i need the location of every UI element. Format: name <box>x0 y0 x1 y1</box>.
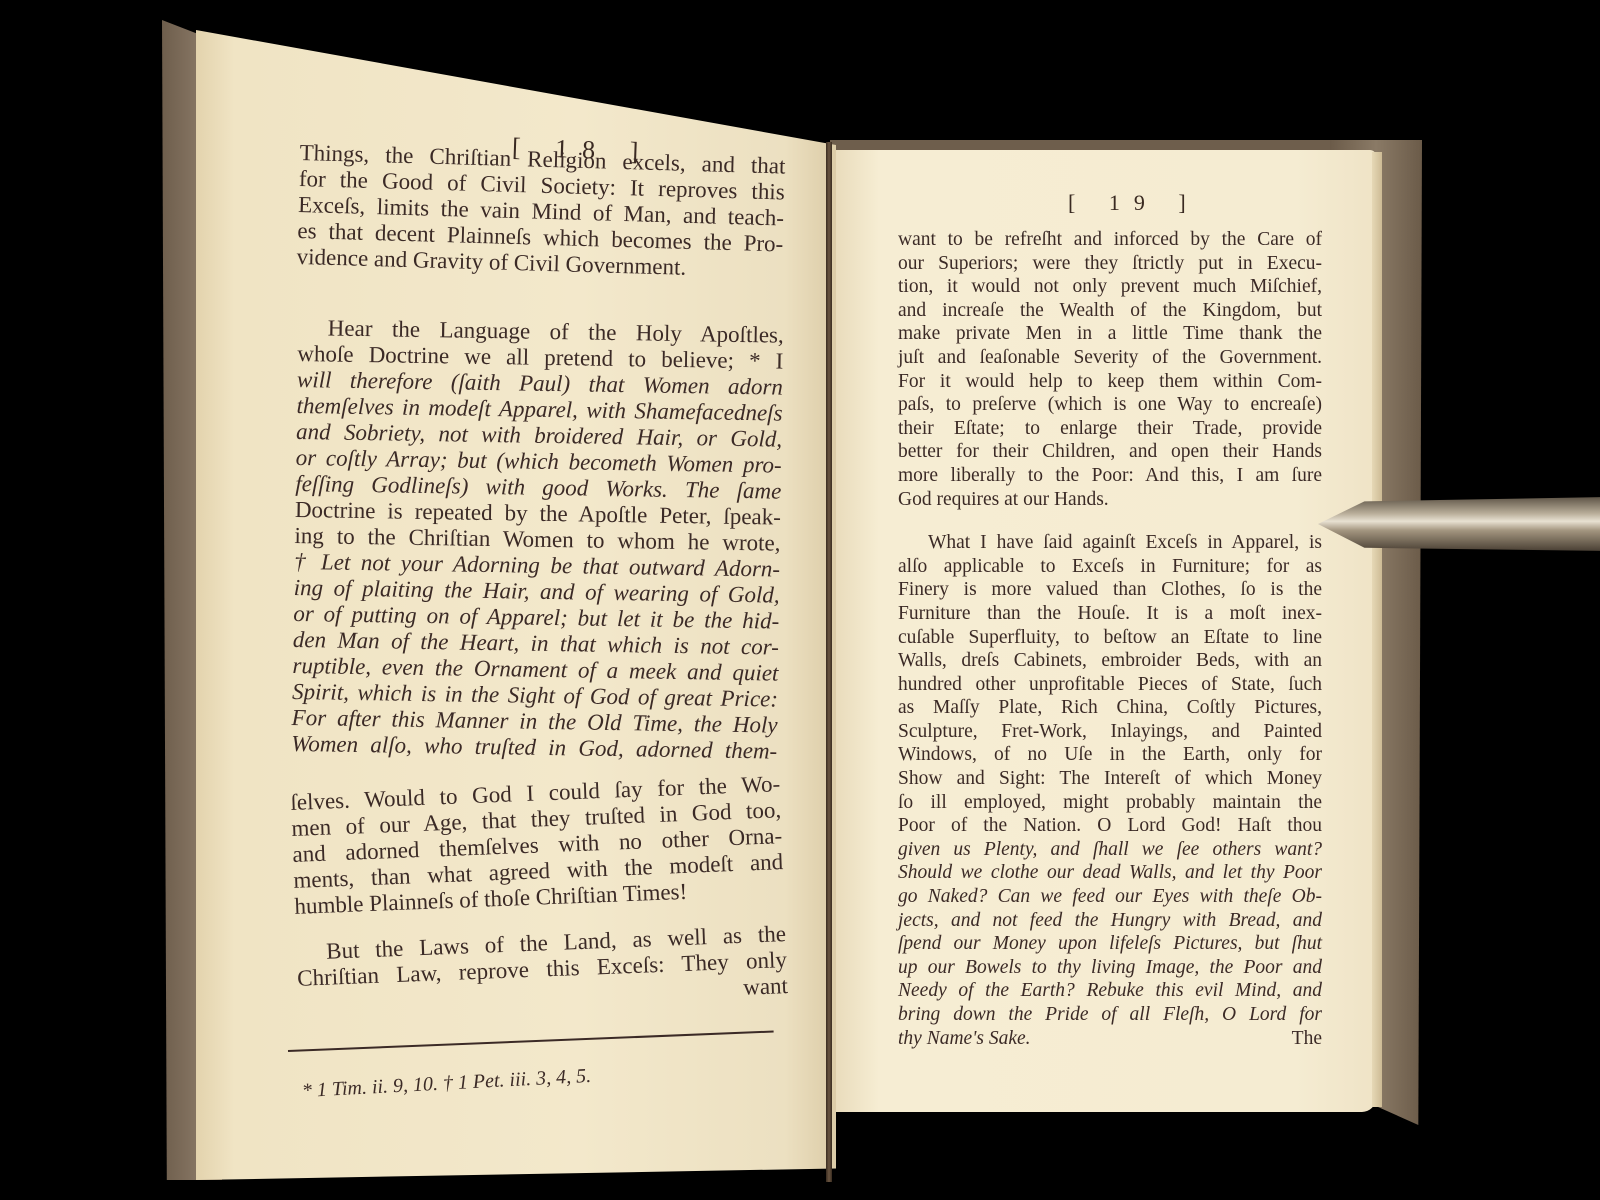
text-line: For it would help to keep them within Co… <box>898 370 1322 394</box>
left-page-text-3: ſelves. Would to God I could ſay for the… <box>290 771 788 1018</box>
text-line: want to be refreſht and inforced by the … <box>898 228 1322 252</box>
text-line: Finery is more valued than Clothes, ſo i… <box>898 578 1322 602</box>
text-line: Needy of the Earth? Rebuke this evil Min… <box>898 979 1322 1003</box>
text-line: given us Plenty, and ſhall we ſee others… <box>898 838 1322 862</box>
text-line: our Superiors; were they ſtrictly put in… <box>898 252 1322 276</box>
text-line: Windows, of no Uſe in the Earth, only fo… <box>898 743 1322 767</box>
right-page-edge <box>1372 152 1382 1107</box>
text-line: Furniture than the Houſe. It is a moſt i… <box>898 602 1322 626</box>
text-line: ſpend our Money upon lifeleſs Pictures, … <box>898 932 1322 956</box>
text-line: Should we clothe our dead Walls, and let… <box>898 861 1322 885</box>
text-line: up our Bowels to thy living Image, the P… <box>898 956 1322 980</box>
text-line: better for their Children, and open thei… <box>898 440 1322 464</box>
text-line: go Naked? Can we feed our Eyes with theſ… <box>898 885 1322 909</box>
pointer-pen-icon <box>1318 497 1600 551</box>
text-line: hundred other unprofitable Pieces of Sta… <box>898 673 1322 697</box>
text-line: ſo ill employed, might probably maintain… <box>898 791 1322 815</box>
text-line: tion, it would not only prevent much Miſ… <box>898 275 1322 299</box>
left-page-text-2: Hear the Language of the Holy Apoſtles, … <box>291 315 784 765</box>
text-line: make private Men in a little Time thank … <box>898 322 1322 346</box>
text-line: their Eſtate; to enlarge their Trade, pr… <box>898 417 1322 441</box>
text-line: What I have ſaid againſt Exceſs in Appar… <box>898 531 1322 555</box>
text-line: and increaſe the Wealth of the Kingdom, … <box>898 299 1322 323</box>
page-number-right: [ 19 ] <box>1068 190 1200 216</box>
text-line: as Maſſy Plate, Rich China, Coſtly Pictu… <box>898 696 1322 720</box>
text-line: Walls, dreſs Cabinets, embroider Beds, w… <box>898 649 1322 673</box>
text-line: paſs, to preſerve (which is one Way to e… <box>898 393 1322 417</box>
book-gutter <box>826 142 832 1182</box>
right-page-text: want to be refreſht and inforced by the … <box>898 228 1322 1050</box>
text-line: bring down the Pride of all Fleſh, O Lor… <box>898 1003 1322 1027</box>
text-line: more liberally to the Poor: And this, I … <box>898 464 1322 488</box>
left-page-text: Things, the Chriſtian Religion excels, a… <box>296 140 785 284</box>
text-line: Sculpture, Fret-Work, Inlayings, and Pai… <box>898 720 1322 744</box>
text-line: God requires at our Hands. <box>898 488 1322 512</box>
text-line: Poor of the Nation. O Lord God! Haſt tho… <box>898 814 1322 838</box>
text-line: cuſable Superfluity, to beſtow an Eſtate… <box>898 626 1322 650</box>
text-line: juſt and ſeaſonable Severity of the Gove… <box>898 346 1322 370</box>
text-line: alſo applicable to Exceſs in Furniture; … <box>898 555 1322 579</box>
text-line: Show and Sight: The Intereſt of which Mo… <box>898 767 1322 791</box>
text-line: jects, and not feed the Hungry with Brea… <box>898 909 1322 933</box>
